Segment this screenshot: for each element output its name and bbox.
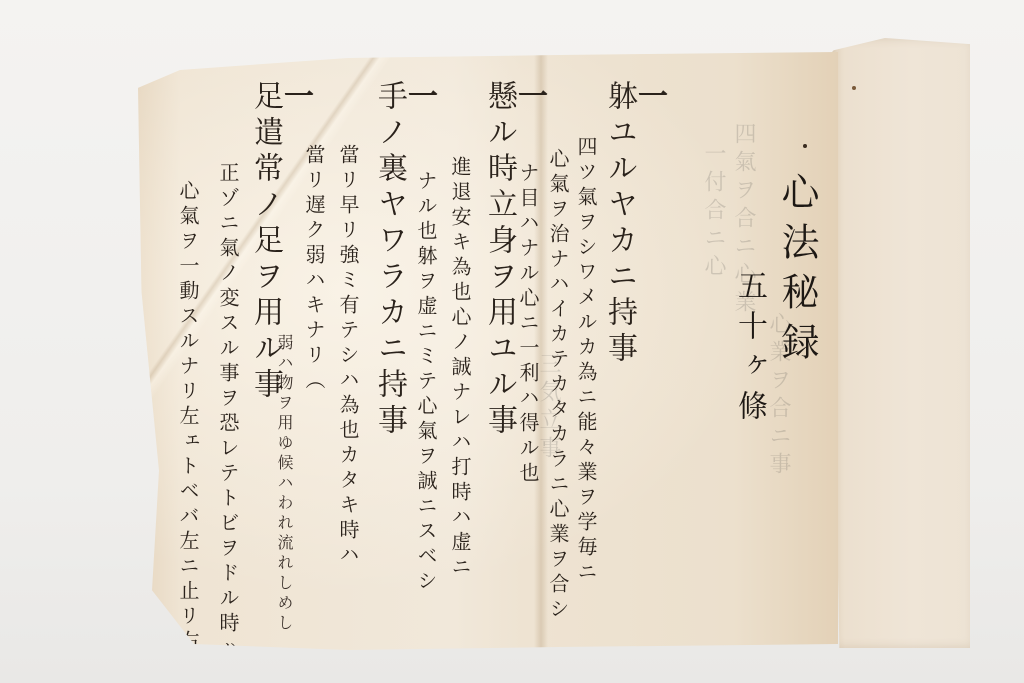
column-9: 當リ早リ強ミ有テシハ為也カタキ時ハ <box>338 144 358 569</box>
column-item-2: 一 懸ル時立身ヲ用ユル事 <box>484 80 544 440</box>
manuscript-title: 心法秘録 <box>778 172 816 372</box>
ink-dot <box>803 144 807 148</box>
item-marker: 一 <box>514 80 544 426</box>
manuscript-subtitle: 五十ヶ條 <box>734 270 764 430</box>
column-text: 躰ユルヤカニ持事 <box>602 80 637 368</box>
column-text: 手ノ裏ヤワラカニ持事 <box>372 80 407 440</box>
manuscript-spread: 四氣ヲ合ニ心業 一付合ニ心 心業ヲ合ニ事 三気立事 心法秘録 五十ヶ條 一 躰ユ… <box>138 52 838 650</box>
column-6: 進退安キ為也心ノ誠ナレハ打時ハ虚ニ <box>450 156 470 581</box>
column-text: 足遣常ノ足ヲ用ル事 <box>248 80 283 404</box>
column-3: 心氣ヲ治ナハイカテカタカラニ心業ヲ合シ <box>548 148 568 623</box>
column-text: 懸ル時立身ヲ用ユル事 <box>482 80 517 440</box>
ink-spot <box>852 86 856 90</box>
bleed-through-text: 一付合ニ心 <box>698 142 729 282</box>
item-marker: 一 <box>280 80 310 390</box>
column-item-3: 一 手ノ裏ヤワラカニ持事 <box>374 80 434 440</box>
column-item-4: 一 足遣常ノ足ヲ用ル事 <box>250 80 310 404</box>
blank-right-leaf <box>828 38 970 648</box>
column-2: 四ツ氣ヲシワメルカ為ニ能々業ヲ学毎ニ <box>576 136 596 586</box>
item-marker: 一 <box>404 80 434 426</box>
column-13: 心氣ヲ一動スルナリ左ェトベバ左ニ止リ右エ <box>178 180 198 680</box>
item-marker: 一 <box>634 80 664 354</box>
column-item-1: 一 躰ユルヤカニ持事 <box>604 80 664 368</box>
column-12: 正ゾニ氣ノ変スル事ヲ恐レテトビヲドル時ハ <box>218 162 238 662</box>
